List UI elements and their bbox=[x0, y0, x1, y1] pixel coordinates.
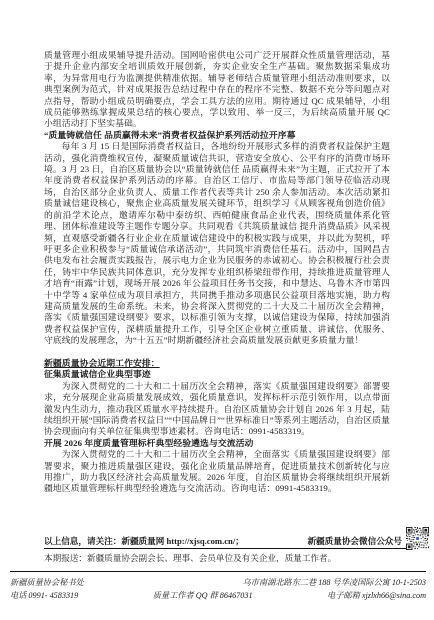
paragraph-benchmark-selection-2026: 为深入贯彻党的二十大和二十届历次全会精神，全面落实《质量强国建设纲要》部署要求，… bbox=[44, 449, 390, 495]
heading-consumer-rights-event: “质量铸就信任 品质赢得未来”消费者权益保护系列活动拉开序幕 bbox=[44, 130, 390, 141]
body-text: 质量管理小组成果辅导提升活动。国网哈密供电公司广泛开展群众性质量管理活动，基于提… bbox=[44, 50, 390, 495]
paragraph-consumer-rights-event: 每年 3 月 15 日是国际消费者权益日，各地纷纷开展形式多样的消费者权益保护主… bbox=[44, 141, 390, 346]
notice-row: 以上信息，请关注：新疆质量网 http://xjsq.com.cn/； 新疆质量… bbox=[44, 527, 429, 549]
wechat-qr-code-icon bbox=[406, 527, 429, 550]
heading-collect-integrity-cases: 征集质量诚信企业典型事迹 bbox=[44, 369, 390, 380]
paragraph-collect-integrity-cases: 为深入贯彻党的二十大和二十届历次全会精神，落实《质量强国建设纲要》部署要求，充分… bbox=[44, 381, 390, 438]
paragraph-qc-coaching: 质量管理小组成果辅导提升活动。国网哈密供电公司广泛开展群众性质量管理活动，基于提… bbox=[44, 50, 390, 130]
blank-line bbox=[44, 347, 390, 358]
notice-text: 以上信息，请关注：新疆质量网 http://xjsq.com.cn/； bbox=[44, 535, 244, 547]
secretariat-row-1: 新疆质量协会秘书处 乌市南湖北路东二巷 188 号华凌国际公寓 10-1-250… bbox=[10, 576, 426, 589]
heading-benchmark-selection-2026: 开展 2026 年度质量管理标杆典型经验遴选与交流活动 bbox=[44, 438, 390, 449]
secretariat-row-2: 电话 0991- 4583319 质量工作者 QQ 群 86467031 电子邮… bbox=[10, 589, 426, 602]
newsletter-page: 质量管理小组成果辅导提升活动。国网哈密供电公司广泛开展群众性质量管理活动，基于提… bbox=[0, 0, 434, 620]
secretariat-email: 电子邮箱 xjzlxh66@sina.com bbox=[327, 589, 426, 602]
secretariat-block: 新疆质量协会秘书处 乌市南湖北路东二巷 188 号华凌国际公寓 10-1-250… bbox=[10, 571, 426, 602]
secretariat-name: 新疆质量协会秘书处 bbox=[10, 576, 84, 589]
wechat-account-label: 新疆质量协会微信公众号 bbox=[307, 535, 402, 547]
secretariat-qq-group: 质量工作者 QQ 群 86467031 bbox=[153, 589, 253, 602]
page-footer: 以上信息，请关注：新疆质量网 http://xjsq.com.cn/； 新疆质量… bbox=[0, 527, 434, 602]
secretariat-address: 乌市南湖北路东二巷 188 号华凌国际公寓 10-1-2503 bbox=[242, 576, 426, 589]
distribution-line: 本期报送：新疆质量协会副会长、理事、会员单位及有关企业，质量工作者。 bbox=[44, 552, 429, 564]
heading-upcoming-work: 新疆质量协会近期工作安排： bbox=[44, 358, 390, 369]
secretariat-phone: 电话 0991- 4583319 bbox=[10, 589, 78, 602]
